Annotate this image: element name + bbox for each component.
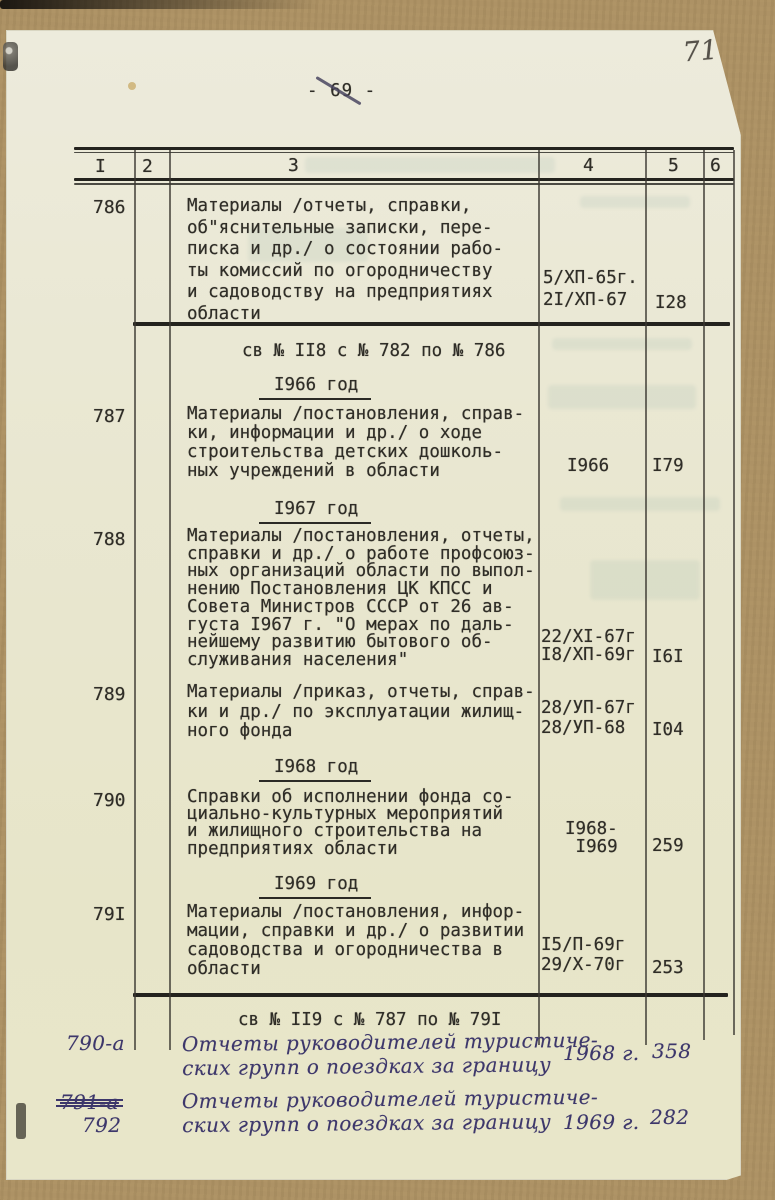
entry-title: Материалы /приказ, отчеты, справ- ки и д…	[187, 683, 543, 742]
column-header-4: 4	[583, 155, 594, 176]
entry-dates: I5/П-69г 29/Х-70г	[541, 936, 625, 975]
table-rule-vertical	[169, 150, 171, 1050]
paper-spot	[128, 82, 136, 90]
edge-mark-bottom-left	[16, 1103, 26, 1139]
entry-number: 790	[93, 790, 126, 811]
table-rule-horizontal	[74, 178, 734, 181]
staple-mark	[3, 42, 18, 71]
ink-bleed-smudge	[560, 497, 720, 511]
entry-number: 787	[93, 406, 126, 427]
ink-bleed-smudge	[305, 157, 555, 173]
table-rule-vertical	[703, 150, 705, 1040]
summary-note-119: св № II9 с № 787 по № 79I	[238, 1010, 501, 1030]
entry-number: 790-а	[66, 1031, 125, 1055]
table-rule-horizontal	[74, 147, 734, 150]
entry-dates: I966	[567, 456, 609, 477]
column-header-6: 6	[710, 155, 721, 176]
entry-title: Отчеты руководителей туристиче- ских гру…	[182, 1028, 599, 1080]
summary-note-118: св № II8 с № 782 по № 786	[242, 341, 505, 361]
column-header-1: I	[95, 156, 106, 177]
ink-bleed-smudge	[580, 196, 690, 208]
entry-title: Отчеты руководителей туристиче- ских гру…	[182, 1085, 599, 1137]
year-heading-1966: I966 год	[259, 375, 371, 400]
year-heading-1969: I969 год	[259, 874, 371, 899]
entry-title: Материалы /постановления, инфор- мации, …	[187, 903, 543, 979]
entry-pages: 253	[652, 958, 684, 978]
entry-number: 786	[93, 197, 126, 218]
scan-shadow-top	[0, 0, 320, 9]
entry-number: 788	[93, 529, 126, 550]
entry-number-struck: 791-а	[60, 1090, 119, 1114]
entry-pages: I6I	[652, 647, 684, 667]
scanned-archive-page: 71 - 69 - I 2 3 4 5 6 786 Материалы /отч…	[0, 0, 775, 1200]
ink-bleed-smudge	[552, 338, 692, 350]
entry-dates: I968- I969	[565, 820, 618, 856]
column-header-5: 5	[668, 155, 679, 176]
entry-title: Материалы /постановления, справ- ки, инф…	[187, 405, 543, 481]
entry-pages: 259	[652, 836, 684, 856]
entry-pages: 282	[650, 1105, 689, 1129]
entry-dates: 1969 г.	[563, 1110, 640, 1134]
entry-dates: 28/УП-67г 28/УП-68	[541, 699, 636, 738]
year-heading-1967: I967 год	[259, 499, 371, 524]
entry-dates: 22/XI-67г I8/ХП-69г	[541, 629, 636, 664]
table-rule-horizontal	[74, 152, 734, 154]
entry-number: 789	[93, 684, 126, 705]
table-rule-vertical	[134, 150, 136, 1050]
entry-title: Материалы /отчеты, справки, об"яснительн…	[187, 196, 543, 325]
column-header-3: 3	[288, 155, 299, 176]
table-rule-vertical	[733, 150, 735, 1035]
entry-title: Материалы /постановления, отчеты, справк…	[187, 528, 543, 670]
entry-number: 79I	[93, 904, 126, 925]
corner-page-number: 71	[682, 39, 719, 66]
entry-dates: 5/ХП-65г. 2I/ХП-67	[543, 268, 638, 311]
entry-title: Справки об исполнении фонда со- циально-…	[187, 789, 543, 858]
entry-pages: 358	[652, 1039, 691, 1063]
table-rule-horizontal	[74, 183, 734, 185]
entry-pages: I28	[655, 293, 687, 313]
table-rule-vertical	[645, 150, 647, 1045]
entry-dates: 1968 г.	[563, 1041, 640, 1065]
entry-pages: I04	[652, 720, 684, 740]
section-divider-line	[133, 993, 728, 997]
entry-pages: I79	[652, 456, 684, 476]
year-heading-1968: I968 год	[259, 757, 371, 782]
ink-bleed-smudge	[548, 385, 696, 409]
entry-number: 792	[82, 1113, 121, 1137]
column-header-2: 2	[142, 156, 153, 177]
